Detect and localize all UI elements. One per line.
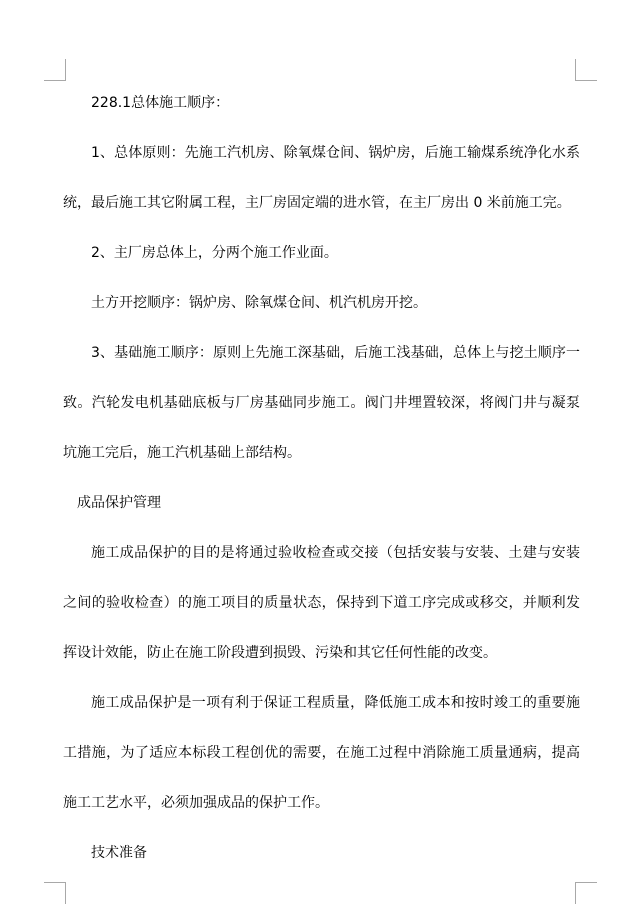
- margin-crop-mark-bottom-left: [44, 882, 66, 904]
- paragraph-protection-importance: 施工成品保护是一项有利于保证工程质量，降低施工成本和按时竣工的重要施工措施，为了…: [63, 678, 580, 828]
- paragraph-foundation-sequence: 3、基础施工顺序：原则上先施工深基础，后施工浅基础，总体上与挖土顺序一致。汽轮发…: [63, 328, 580, 478]
- document-page: { "document": { "paragraphs": [ { "text"…: [0, 0, 631, 913]
- paragraph-earthwork-excavation-order: 土方开挖顺序：锅炉房、除氧煤仓间、机汽机房开挖。: [63, 278, 580, 328]
- margin-crop-mark-bottom-right: [575, 882, 597, 904]
- section-heading-overall-sequence: 228.1总体施工顺序：: [63, 78, 580, 128]
- section-heading-technical-preparation: 技术准备: [63, 828, 580, 878]
- paragraph-general-principle: 1、总体原则：先施工汽机房、除氧煤仓间、锅炉房，后施工输煤系统净化水系统，最后施…: [63, 128, 580, 228]
- section-heading-finished-product-protection: 成品保护管理: [63, 478, 580, 528]
- paragraph-protection-purpose: 施工成品保护的目的是将通过验收检查或交接（包括安装与安装、土建与安装之间的验收检…: [63, 528, 580, 678]
- paragraph-main-building-work-faces: 2、主厂房总体上，分两个施工作业面。: [63, 228, 580, 278]
- document-body: 228.1总体施工顺序： 1、总体原则：先施工汽机房、除氧煤仓间、锅炉房，后施工…: [63, 78, 580, 878]
